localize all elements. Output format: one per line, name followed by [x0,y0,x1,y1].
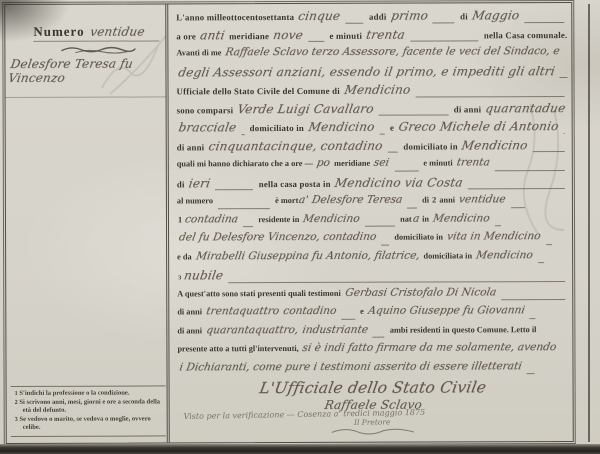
form-line: di ieri nella casa posta in Mendicino vi… [177,175,568,195]
blank-rule [529,317,535,319]
blank-rule [527,372,535,374]
blank-rule [381,243,389,245]
form-line: presente atto a tutti gl'intervenuti, si… [177,341,568,361]
footnote-marker: 1 [178,215,182,224]
handwritten-text: Delesfore Teresa [311,194,404,206]
handwritten-text: Mendicino [307,120,375,134]
handwritten-text: ventidue [458,193,507,205]
printed-text: anni [437,195,457,204]
blank-rule [415,95,564,98]
footnote-3: 3 Se vedovo o marito, se vedova o moglie… [15,415,164,433]
handwritten-text: po [316,157,331,169]
blank-rule [373,336,385,338]
form-line: L'Ufficiale dello Stato Civile [178,378,569,398]
blank-rule [495,169,565,171]
handwritten-text: quarantadue [485,101,567,115]
numero-label: Numero [33,24,84,39]
blank-rule [388,151,398,153]
form-line: 1contadina residente in Mendicino nata i… [177,212,568,232]
printed-text: nella casa posta in [256,178,333,188]
handwritten-text: industriante [301,323,369,335]
blank-rule [346,21,364,23]
handwritten-text: bracciale [177,120,237,134]
form-line: e da Mirabelli Giuseppina fu Antonio, fi… [177,249,568,269]
form-line: i Dichiaranti, come pure i testimoni ass… [177,360,568,380]
printed-text: è mort [273,196,298,205]
footnote-number: 2 [15,399,18,406]
printed-text: L'anno milleottocentosettanta [176,12,296,22]
printed-text: e da [177,252,194,261]
form-line: sono comparsi Verde Luigi Cavallaro di a… [177,101,568,121]
handwritten-text: contadina [184,213,239,225]
margin-rule [6,96,166,98]
printed-text: di anni [177,326,204,335]
printed-text: domiciliato in [247,123,306,133]
handwritten-text: Maggio [471,8,520,22]
handwritten-superscript: a' [298,194,309,206]
form-body-column: L'anno milleottocentosettanta cinque add… [168,5,571,440]
form-line: del fu Delesfore Vincenzo, contadino dom… [177,230,568,250]
handwritten-text: Mendicino [475,249,534,261]
margin-deceased-name: Delesfore Teresa fu Vincenzo [7,56,184,85]
form-frame: Numero ventidue Delesfore Teresa fu Vinc… [4,2,574,444]
blank-rule [524,21,564,23]
printed-text: di anni [177,307,204,316]
blank-rule [394,169,418,171]
handwritten-text: Mirabelli Giuseppina fu Antonio, filatri… [195,249,421,262]
blank-rule [468,187,565,189]
handwritten-text: Gerbasi Cristofalo Di Nicola [344,286,497,299]
printed-text: residente in [256,214,301,223]
form-line: bracciale domiciliato in Mendicino e Gre… [177,119,568,139]
handwritten-text: quarantaquattro, [205,323,299,335]
printed-text: domiciliato in [392,232,445,241]
form-line: di anni cinquantacinque,contadino domici… [177,138,568,158]
printed-text: di anni [177,142,207,152]
printed-text: nat [398,214,412,223]
printed-text: Avanti di me [176,48,223,57]
printed-text: meridiane [227,31,272,41]
printed-text: e [388,123,397,133]
handwritten-text: trenta [365,27,406,41]
form-line: di anni quarantaquattro,industriante amb… [177,323,568,343]
handwritten-text: Mendicino [432,212,491,224]
page-edge-rule [588,4,590,442]
blank-rule [560,76,568,78]
blank-rule [379,113,449,115]
handwritten-text: ieri [188,176,212,190]
blank-rule [501,298,565,300]
blank-rule [215,188,253,190]
footnote-2: 2 Si scrivono anni, mesi, giorni e ore a… [15,398,164,416]
handwritten-text: L'Ufficiale dello Stato Civile [258,378,488,397]
handwritten-text: trentaquattro [205,305,280,317]
handwritten-text: Mendicino [343,83,411,97]
form-line: Avanti di me Raffaele Sclavo terzo Asses… [176,45,567,65]
printed-text: e minuti [421,158,454,167]
blank-rule [407,206,417,208]
handwritten-text: del fu Delesfore Vincenzo, contadino [178,231,377,244]
blank-rule [511,206,525,208]
printed-text: di anni [451,104,483,114]
handwritten-text: vita in Mendicino [446,230,542,242]
form-line: quali mi hanno dichiarato che a ore — po… [177,156,568,176]
form-line: Ufficiale dello Stato Civile del Comune … [177,82,568,102]
handwritten-text: i Dichiaranti, come pure i testimoni ass… [178,360,522,373]
handwritten-text: contadino [282,305,337,317]
handwritten-text: cinquantacinque, [207,138,318,152]
blank-rule [538,261,544,263]
blank-rule [365,225,395,227]
blank-rule [308,40,324,42]
footnotes: 1 S'indichi la professione o la condizio… [11,386,166,437]
printed-text: di [177,179,187,189]
blank-rule [379,132,384,134]
handwritten-text: Raffaele Sclavo terzo Assessore, facente… [224,45,560,58]
printed-text: e [358,307,366,316]
footnote-marker: 2 [432,195,436,204]
handwritten-text: Mendicino [461,138,529,152]
handwritten-text: Mendicino [302,212,361,224]
printed-text: addì [367,12,389,22]
scanned-document-page: Numero ventidue Delesfore Teresa fu Vinc… [0,0,600,454]
blank-rule [218,207,270,209]
blank-rule [563,132,564,134]
blank-rule [546,243,552,245]
printed-text: e minuti [327,30,364,40]
handwritten-text: Verde Luigi Cavallaro [236,101,375,115]
flourish-squiggle-icon [57,45,137,55]
footnote-number: 3 [15,416,18,423]
blank-rule [241,133,244,135]
printed-text: quali mi hanno dichiarato che a ore — [177,159,315,168]
verification-annotation: Visto per la verificazione — Cosenza a' … [183,405,560,442]
numero-value: ventidue [89,24,146,38]
footnote-text: S'indichi la professione o la condizione… [19,390,129,397]
handwritten-text: degli Assessori anziani, essendo il prim… [177,64,556,79]
printed-text: domiciliato in [401,141,460,151]
footnote-number: 1 [15,390,18,397]
printed-text: in [420,214,431,223]
handwritten-text: si è indi fatto firmare da me solamente,… [302,341,558,354]
handwritten-text: trenta [456,156,491,168]
scan-bottom-edge [0,444,600,454]
footnote-marker: 3 [178,275,181,281]
printed-text: meridiane [332,159,372,168]
handwritten-text: Greco Michele di Antonio [397,119,559,134]
blank-rule [229,280,566,283]
handwritten-text: sei [373,157,390,169]
blank-rule [410,39,478,41]
blank-rule [341,317,355,319]
printed-text: domiciliata in [421,251,474,260]
signature-flourish-icon [327,426,417,437]
printed-text: a ore [176,31,198,41]
handwritten-text: cinque [297,9,341,23]
form-line: A quest'atto sono stati presenti quali t… [177,286,568,306]
printed-text: sono comparsi [177,105,236,115]
printed-text: di [420,196,431,205]
form-line: al numero è morta'Delesfore Teresa di 2 … [177,193,568,213]
handwritten-text: anti [199,28,226,42]
handwritten-text: Aquino Giuseppe fu Giovanni [367,304,526,317]
form-line: di anni trentaquattrocontadino e Aquino … [177,304,568,324]
handwritten-text: nubile [183,268,225,282]
margin-column: Numero ventidue Delesfore Teresa fu Vinc… [5,4,170,443]
blank-rule [495,224,501,226]
form-body: L'anno milleottocentosettanta cinque add… [168,5,570,416]
handwritten-text: nove [272,27,304,41]
form-line: 3nubile [177,267,568,287]
printed-text: al numero [177,196,215,205]
handwritten-text: primo [390,9,429,23]
record-number: Numero ventidue [33,22,159,41]
footnote-text: Se vedovo o marito, se vedova o moglie, … [19,415,150,431]
blank-rule [243,225,253,227]
handwritten-text: Mendicino via Costa [334,175,464,189]
blank-rule [433,21,455,23]
printed-text: Ufficiale dello Stato Civile del Comune … [177,86,343,97]
printed-text: nella Casa comunale. [481,30,567,40]
footnote-text: Si scrivono anni, mesi, giorni e ore a s… [19,398,160,414]
form-line: L'anno milleottocentosettanta cinque add… [176,8,567,28]
printed-text: A quest'atto sono stati presenti quali t… [177,288,343,298]
printed-text: presente atto a tutti gl'intervenuti, [177,344,300,353]
printed-text: ambi residenti in questo Comune. Letto i… [388,325,537,335]
printed-text: di [458,11,471,21]
handwritten-text: contadino [320,138,384,152]
form-line: degli Assessori anziani, essendo il prim… [176,64,567,84]
handwritten-superscript: a [412,212,420,224]
blank-rule [533,150,565,152]
form-line: a ore anti meridiane nove e minuti trent… [176,27,567,47]
